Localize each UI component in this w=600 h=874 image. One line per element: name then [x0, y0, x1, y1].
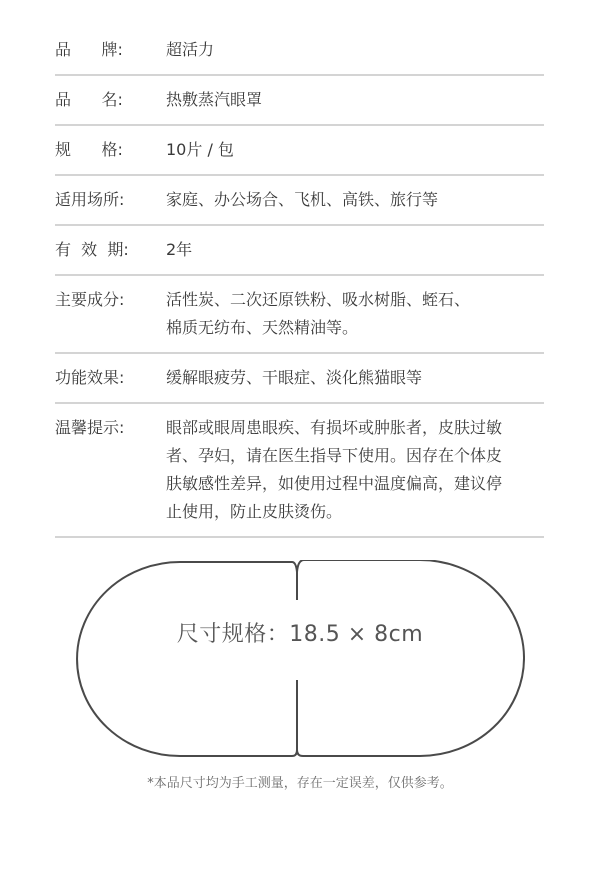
spec-value-line: 超活力 — [166, 36, 544, 64]
spec-row-product-name: 品 名: 热敷蒸汽眼罩 — [55, 76, 544, 126]
spec-value: 2年 — [166, 236, 544, 264]
spec-value-line: 活性炭、二次还原铁粉、吸水树脂、蛭石、 — [166, 286, 544, 314]
spec-value-line: 肤敏感性差异，如使用过程中温度偏高，建议停 — [166, 470, 544, 498]
spec-label: 温馨提示: — [55, 414, 165, 442]
spec-value: 活性炭、二次还原铁粉、吸水树脂、蛭石、 棉质无纺布、天然精油等。 — [166, 286, 544, 342]
spec-value: 家庭、办公场合、飞机、高铁、旅行等 — [166, 186, 544, 214]
spec-label: 品 名: — [55, 86, 165, 114]
spec-value-line: 家庭、办公场合、飞机、高铁、旅行等 — [166, 186, 544, 214]
spec-label: 有 效 期: — [55, 236, 165, 264]
spec-label: 规 格: — [55, 136, 165, 164]
spec-value: 眼部或眼周患眼疾、有损坏或肿胀者，皮肤过敏 者、孕妇，请在医生指导下使用。因存在… — [166, 414, 544, 526]
spec-value: 缓解眼疲劳、干眼症、淡化熊猫眼等 — [166, 364, 544, 392]
spec-row-shelf-life: 有 效 期: 2年 — [55, 226, 544, 276]
spec-row-effects: 功能效果: 缓解眼疲劳、干眼症、淡化熊猫眼等 — [55, 354, 544, 404]
measurement-note: *本品尺寸均为手工测量，存在一定误差，仅供参考。 — [0, 772, 600, 791]
spec-table: 品 牌: 超活力 品 名: 热敷蒸汽眼罩 规 格: 10片 / 包 适用场所: … — [55, 26, 544, 538]
spec-value: 超活力 — [166, 36, 544, 64]
spec-value-line: 2年 — [166, 236, 544, 264]
size-label: 尺寸规格：18.5 × 8cm — [75, 560, 525, 710]
spec-row-brand: 品 牌: 超活力 — [55, 26, 544, 76]
spec-label: 适用场所: — [55, 186, 165, 214]
spec-value-line: 眼部或眼周患眼疾、有损坏或肿胀者，皮肤过敏 — [166, 414, 544, 442]
spec-row-tips: 温馨提示: 眼部或眼周患眼疾、有损坏或肿胀者，皮肤过敏 者、孕妇，请在医生指导下… — [55, 404, 544, 538]
spec-row-usage-places: 适用场所: 家庭、办公场合、飞机、高铁、旅行等 — [55, 176, 544, 226]
spec-row-ingredients: 主要成分: 活性炭、二次还原铁粉、吸水树脂、蛭石、 棉质无纺布、天然精油等。 — [55, 276, 544, 354]
spec-value: 10片 / 包 — [166, 136, 544, 164]
spec-value-line: 10片 / 包 — [166, 136, 544, 164]
spec-value-line: 止使用，防止皮肤烫伤。 — [166, 498, 544, 526]
spec-label: 品 牌: — [55, 36, 165, 64]
spec-label: 功能效果: — [55, 364, 165, 392]
spec-label: 主要成分: — [55, 286, 165, 314]
spec-value: 热敷蒸汽眼罩 — [166, 86, 544, 114]
spec-value-line: 热敷蒸汽眼罩 — [166, 86, 544, 114]
spec-row-specification: 规 格: 10片 / 包 — [55, 126, 544, 176]
spec-value-line: 棉质无纺布、天然精油等。 — [166, 314, 544, 342]
spec-value-line: 者、孕妇，请在医生指导下使用。因存在个体皮 — [166, 442, 544, 470]
spec-value-line: 缓解眼疲劳、干眼症、淡化熊猫眼等 — [166, 364, 544, 392]
eye-mask-size-diagram: 尺寸规格：18.5 × 8cm — [75, 560, 525, 758]
